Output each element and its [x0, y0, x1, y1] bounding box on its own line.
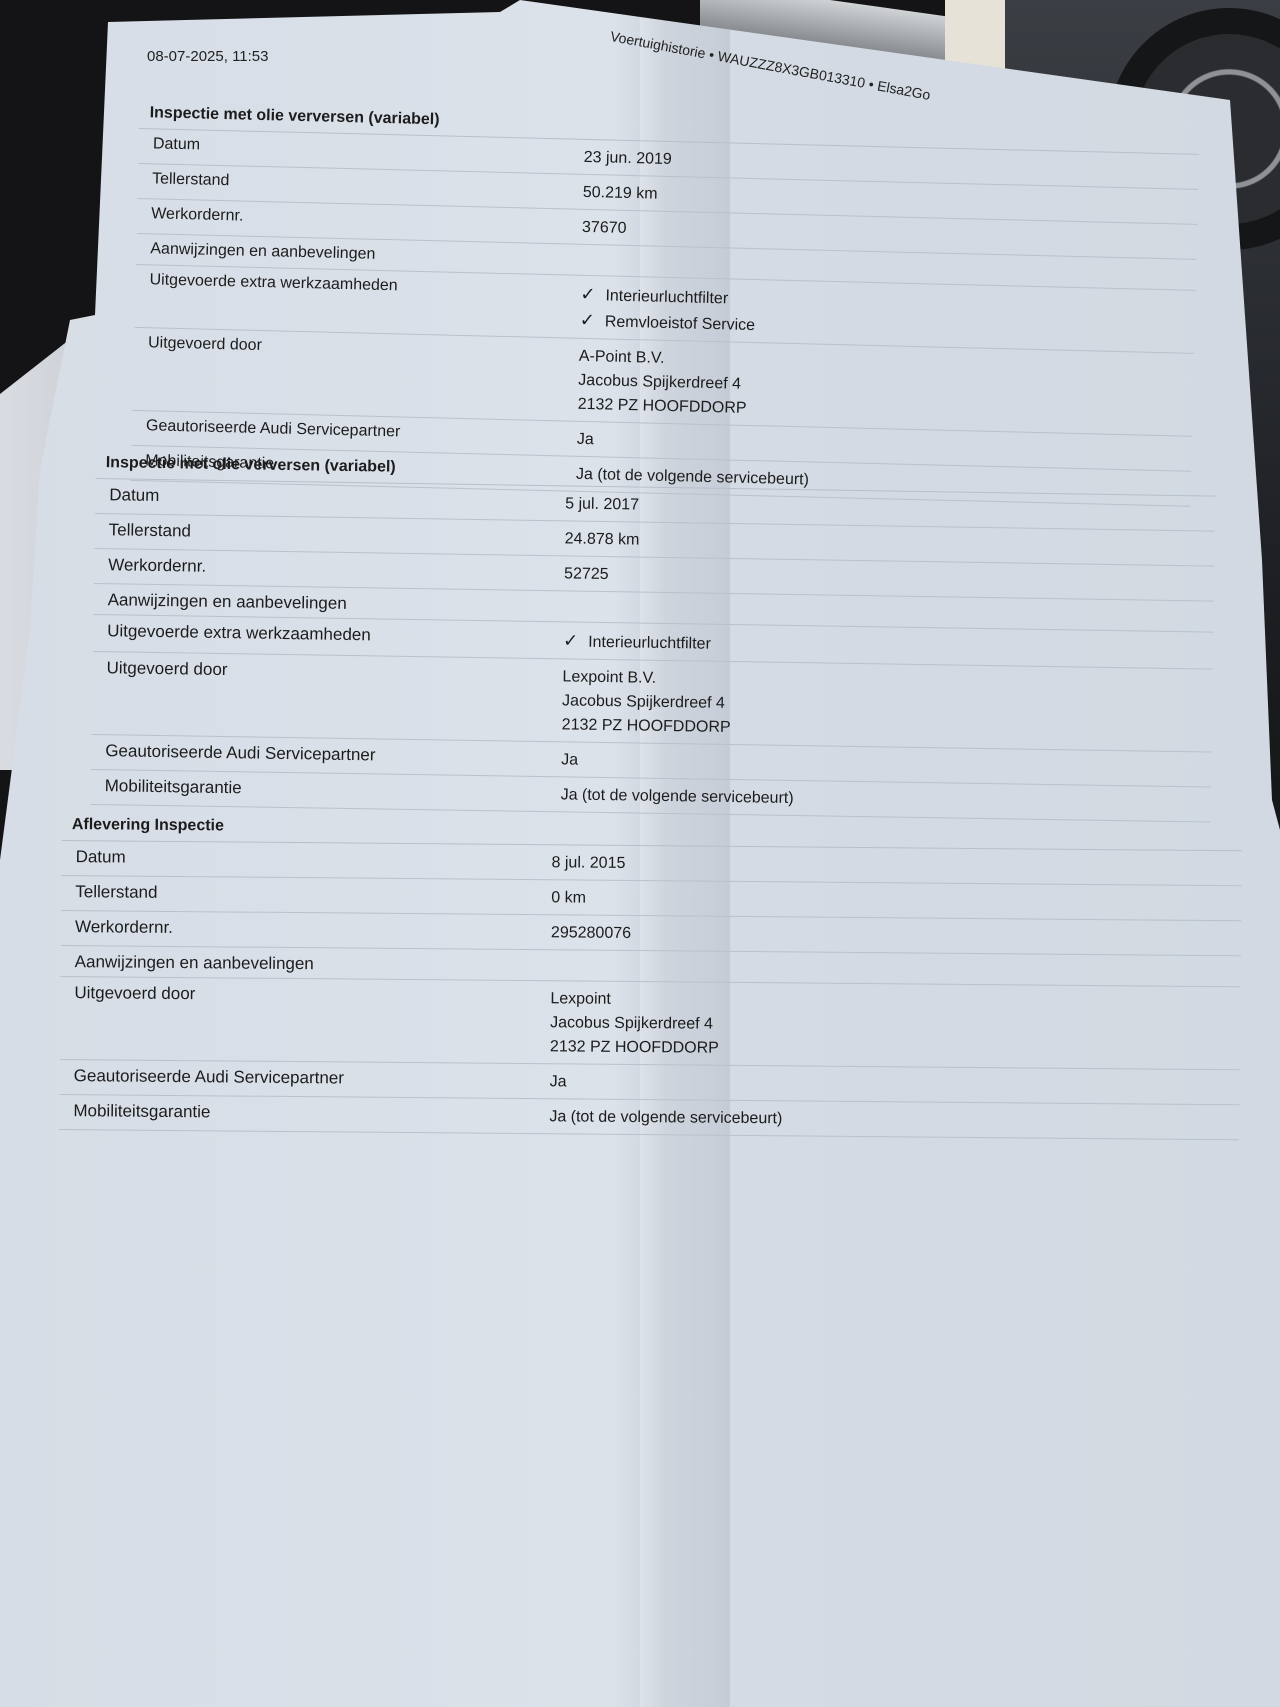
row-label: Tellerstand — [61, 876, 551, 910]
checkmark-item: Interieurluchtfilter — [563, 628, 1213, 664]
row-label: Mobiliteitsgarantie — [59, 1095, 549, 1129]
row-value: Lexpoint B.V.Jacobus Spijkerdreef 42132 … — [561, 659, 1212, 751]
row-label: Uitgevoerd door — [60, 977, 550, 1011]
row-value: Ja (tot de volgende servicebeurt) — [549, 1099, 1239, 1139]
row-label: Datum — [95, 479, 565, 516]
row-label: Tellerstand — [95, 514, 565, 551]
row-label: Uitgevoerde extra werkzaamheden — [93, 615, 563, 652]
value-line: Ja — [550, 1070, 1240, 1100]
row-label: Uitgevoerd door — [92, 652, 562, 689]
background-card — [945, 0, 1005, 70]
print-timestamp: 08-07-2025, 11:53 — [147, 48, 269, 65]
value-line: 0 km — [551, 886, 1241, 916]
service-record: Inspectie met olie verversen (variabel)D… — [90, 450, 1215, 823]
value-line: Ja — [561, 748, 1211, 782]
document-page: 08-07-2025, 11:53 Voertuighistorie • WAU… — [0, 0, 1280, 1707]
value-line: 295280076 — [551, 921, 1241, 951]
row-value: A-Point B.V.Jacobus Spijkerdreef 42132 P… — [577, 339, 1194, 436]
row-label: Geautoriseerde Audi Servicepartner — [91, 735, 561, 772]
value-line: Ja (tot de volgende servicebeurt) — [549, 1105, 1239, 1135]
service-record: Aflevering InspectieDatum8 jul. 2015Tell… — [59, 812, 1242, 1140]
row-label: Werkordernr. — [94, 549, 564, 586]
row-label: Geautoriseerde Audi Servicepartner — [60, 1060, 550, 1094]
service-record: Inspectie met olie verversen (variabel)D… — [131, 100, 1200, 507]
value-line: 52725 — [564, 562, 1214, 596]
value-line: Ja (tot de volgende servicebeurt) — [560, 783, 1210, 817]
value-line: 5 jul. 2017 — [565, 492, 1215, 526]
row-value: 8 jul. 2015 — [551, 845, 1241, 885]
value-line: 8 jul. 2015 — [551, 851, 1241, 881]
row-value: 0 km — [551, 880, 1241, 920]
row-label: Aanwijzingen en aanbevelingen — [61, 946, 551, 980]
record-row: Uitgevoerd doorLexpointJacobus Spijkerdr… — [60, 977, 1241, 1070]
value-line: 2132 PZ HOOFDDORP — [550, 1035, 1240, 1065]
row-label: Datum — [61, 841, 551, 875]
row-label: Mobiliteitsgarantie — [91, 770, 561, 807]
row-label: Werkordernr. — [61, 911, 551, 945]
row-value: Ja — [550, 1064, 1240, 1104]
value-line: 24.878 km — [564, 527, 1214, 561]
row-value: 295280076 — [551, 915, 1241, 955]
row-value: LexpointJacobus Spijkerdreef 42132 PZ HO… — [550, 981, 1241, 1069]
